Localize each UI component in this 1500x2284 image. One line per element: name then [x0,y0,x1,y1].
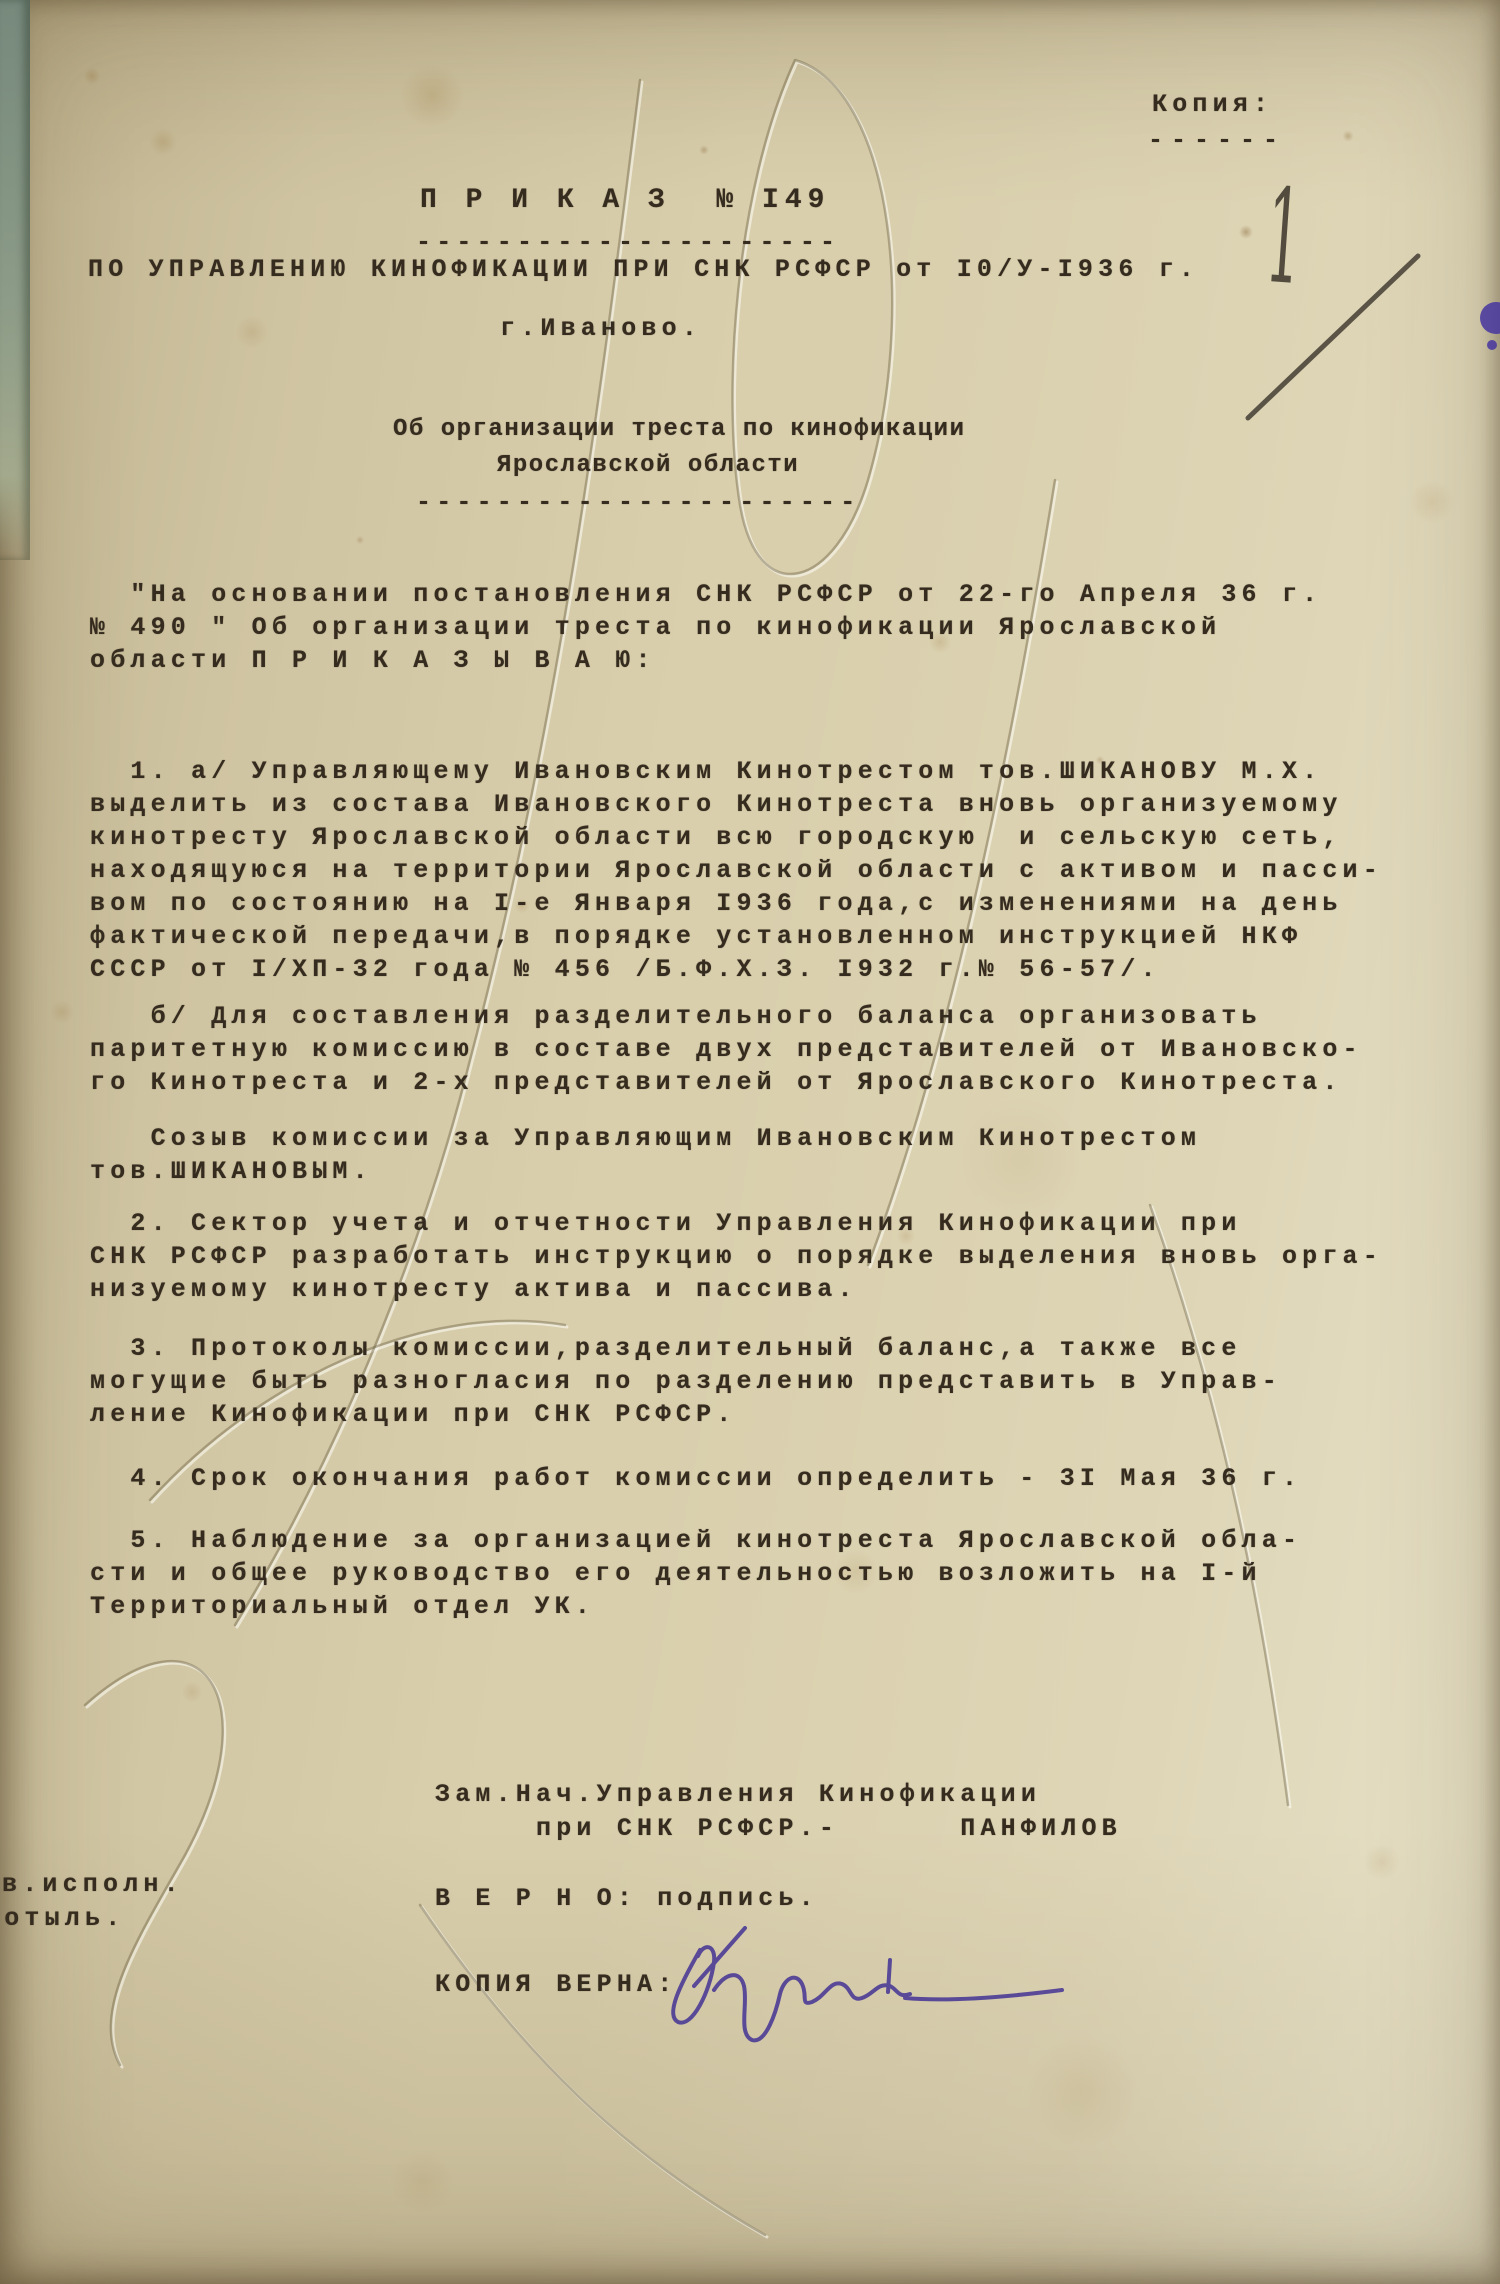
archive-cover-edge [0,0,30,560]
executor-name-line-1: в.исполн. [2,1868,184,1901]
subject-underline: ---------------------- [416,486,860,519]
copy-label: Копия: [1152,88,1273,121]
city-line: г.Иваново. [500,312,702,345]
intro-paragraph: "На основании постановления СНК РСФСР от… [90,578,1322,677]
signoff-block: Зам.Нач.Управления Кинофикации при СНК Р… [435,1778,1122,1846]
order-item-1a: 1. а/ Управляющему Ивановским Кинотресто… [90,755,1383,986]
copy-label-underline: ------ [1148,124,1286,157]
order-number-title: П Р И К А З № I49 [420,184,830,217]
order-item-1b: б/ Для составления разделительного балан… [90,1000,1363,1099]
order-item-4: 4. Срок окончания работ комиссии определ… [90,1462,1302,1495]
order-item-2: 2. Сектор учета и отчетности Управления … [90,1207,1383,1306]
subject-line-1: Об организации треста по кинофикации [393,412,965,448]
commission-convocation-note: Созыв комиссии за Управляющим Ивановским… [90,1122,1201,1188]
scanned-order-page: Копия: ------ П Р И К А З № I49 --------… [0,0,1500,2284]
order-item-5: 5. Наблюдение за организацией кинотреста… [90,1524,1302,1623]
executor-name-line-2: Мотыль. [0,1902,125,1935]
page-number-mark: 1 [1261,160,1306,314]
subject-line-2: Ярославской области [497,448,799,484]
ink-blob [1480,302,1500,350]
order-item-3: 3. Протоколы комиссии,разделительный бал… [90,1332,1282,1431]
certified-line: В Е Р Н О: подпись. [435,1882,819,1915]
handwritten-signature [673,1928,1062,2040]
copy-certified-label: КОПИЯ ВЕРНА: [435,1968,677,2001]
order-header-line: ПО УПРАВЛЕНИЮ КИНОФИКАЦИИ ПРИ СНК РСФСР … [88,253,1199,286]
